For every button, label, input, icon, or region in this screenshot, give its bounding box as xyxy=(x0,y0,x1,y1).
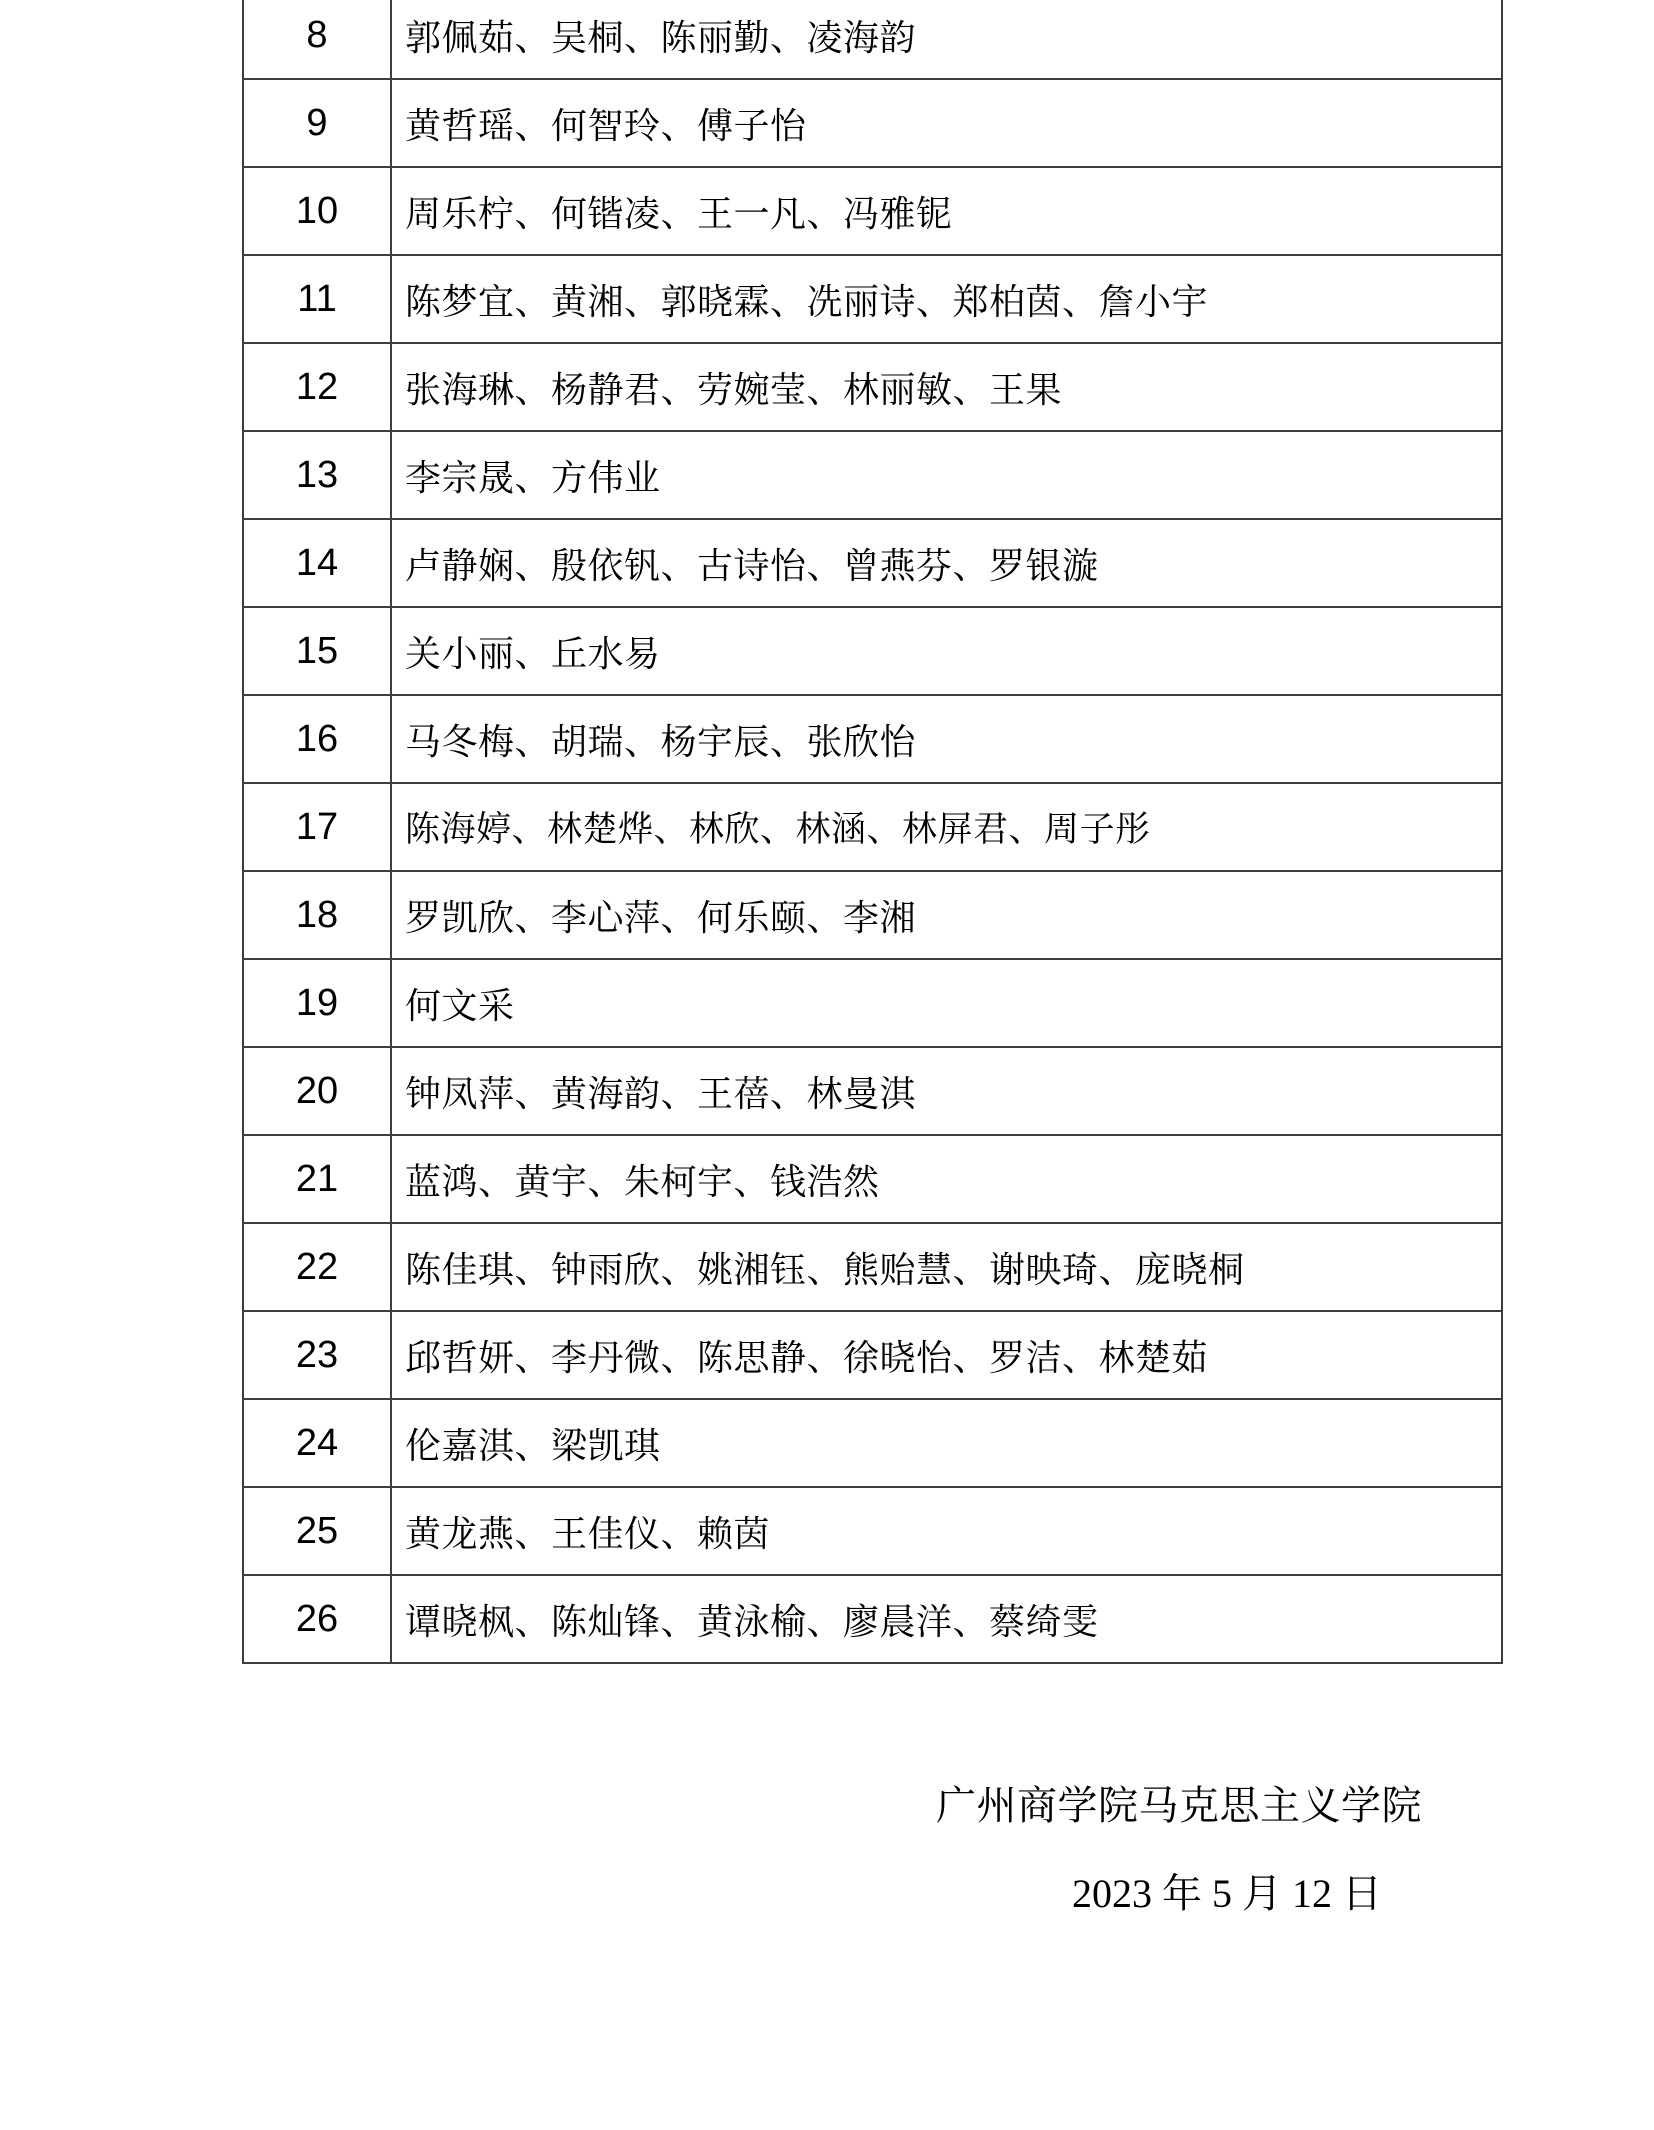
row-names: 卢静娴、殷依钒、古诗怡、曾燕芬、罗银漩 xyxy=(391,519,1502,607)
table-row: 20钟凤萍、黄海韵、王蓓、林曼淇 xyxy=(243,1047,1502,1135)
row-names: 陈佳琪、钟雨欣、姚湘钰、熊贻慧、谢映琦、庞晓桐 xyxy=(391,1223,1502,1311)
table-row: 19何文采 xyxy=(243,959,1502,1047)
footer-date: 2023 年 5 月 12 日 xyxy=(1072,1862,1382,1919)
row-number: 18 xyxy=(243,871,391,959)
row-number: 25 xyxy=(243,1487,391,1575)
row-number: 8 xyxy=(243,0,391,79)
row-number: 24 xyxy=(243,1399,391,1487)
row-number: 12 xyxy=(243,343,391,431)
row-number: 17 xyxy=(243,783,391,871)
table-row: 24伦嘉淇、梁凯琪 xyxy=(243,1399,1502,1487)
footer-organization: 广州商学院马克思主义学院 xyxy=(936,1774,1422,1831)
table-row: 16马冬梅、胡瑞、杨宇辰、张欣怡 xyxy=(243,695,1502,783)
row-number: 15 xyxy=(243,607,391,695)
document-page: 8郭佩茹、吴桐、陈丽勤、凌海韵9黄哲瑶、何智玲、傅子怡10周乐柠、何锴凌、王一凡… xyxy=(0,0,1654,2130)
row-names: 陈梦宜、黄湘、郭晓霖、冼丽诗、郑柏茵、詹小宇 xyxy=(391,255,1502,343)
table-row: 9黄哲瑶、何智玲、傅子怡 xyxy=(243,79,1502,167)
row-number: 10 xyxy=(243,167,391,255)
row-names: 周乐柠、何锴凌、王一凡、冯雅铌 xyxy=(391,167,1502,255)
table-row: 14卢静娴、殷依钒、古诗怡、曾燕芬、罗银漩 xyxy=(243,519,1502,607)
row-names: 关小丽、丘水易 xyxy=(391,607,1502,695)
row-names: 钟凤萍、黄海韵、王蓓、林曼淇 xyxy=(391,1047,1502,1135)
table-row: 26谭晓枫、陈灿锋、黄泳榆、廖晨洋、蔡绮雯 xyxy=(243,1575,1502,1663)
table-row: 23邱哲妍、李丹微、陈思静、徐晓怡、罗洁、林楚茹 xyxy=(243,1311,1502,1399)
row-number: 11 xyxy=(243,255,391,343)
table-row: 25黄龙燕、王佳仪、赖茵 xyxy=(243,1487,1502,1575)
table-row: 15关小丽、丘水易 xyxy=(243,607,1502,695)
table-row: 8郭佩茹、吴桐、陈丽勤、凌海韵 xyxy=(243,0,1502,79)
row-number: 21 xyxy=(243,1135,391,1223)
row-names: 罗凯欣、李心萍、何乐颐、李湘 xyxy=(391,871,1502,959)
row-names: 谭晓枫、陈灿锋、黄泳榆、廖晨洋、蔡绮雯 xyxy=(391,1575,1502,1663)
row-number: 16 xyxy=(243,695,391,783)
row-names: 李宗晟、方伟业 xyxy=(391,431,1502,519)
row-number: 26 xyxy=(243,1575,391,1663)
table-row: 11陈梦宜、黄湘、郭晓霖、冼丽诗、郑柏茵、詹小宇 xyxy=(243,255,1502,343)
row-names: 伦嘉淇、梁凯琪 xyxy=(391,1399,1502,1487)
row-names: 马冬梅、胡瑞、杨宇辰、张欣怡 xyxy=(391,695,1502,783)
table-row: 12张海琳、杨静君、劳婉莹、林丽敏、王果 xyxy=(243,343,1502,431)
table-row: 17陈海婷、林楚烨、林欣、林涵、林屏君、周子彤 xyxy=(243,783,1502,871)
row-names: 张海琳、杨静君、劳婉莹、林丽敏、王果 xyxy=(391,343,1502,431)
row-number: 20 xyxy=(243,1047,391,1135)
row-names: 陈海婷、林楚烨、林欣、林涵、林屏君、周子彤 xyxy=(391,783,1502,871)
row-names: 蓝鸿、黄宇、朱柯宇、钱浩然 xyxy=(391,1135,1502,1223)
row-names: 郭佩茹、吴桐、陈丽勤、凌海韵 xyxy=(391,0,1502,79)
table-row: 13李宗晟、方伟业 xyxy=(243,431,1502,519)
row-names: 黄龙燕、王佳仪、赖茵 xyxy=(391,1487,1502,1575)
row-number: 22 xyxy=(243,1223,391,1311)
table-row: 10周乐柠、何锴凌、王一凡、冯雅铌 xyxy=(243,167,1502,255)
row-number: 19 xyxy=(243,959,391,1047)
table-row: 21蓝鸿、黄宇、朱柯宇、钱浩然 xyxy=(243,1135,1502,1223)
row-number: 23 xyxy=(243,1311,391,1399)
row-number: 13 xyxy=(243,431,391,519)
row-names: 何文采 xyxy=(391,959,1502,1047)
roster-table: 8郭佩茹、吴桐、陈丽勤、凌海韵9黄哲瑶、何智玲、傅子怡10周乐柠、何锴凌、王一凡… xyxy=(242,0,1503,1664)
row-number: 14 xyxy=(243,519,391,607)
row-names: 黄哲瑶、何智玲、傅子怡 xyxy=(391,79,1502,167)
table-row: 18罗凯欣、李心萍、何乐颐、李湘 xyxy=(243,871,1502,959)
table-row: 22陈佳琪、钟雨欣、姚湘钰、熊贻慧、谢映琦、庞晓桐 xyxy=(243,1223,1502,1311)
row-number: 9 xyxy=(243,79,391,167)
row-names: 邱哲妍、李丹微、陈思静、徐晓怡、罗洁、林楚茹 xyxy=(391,1311,1502,1399)
table-body: 8郭佩茹、吴桐、陈丽勤、凌海韵9黄哲瑶、何智玲、傅子怡10周乐柠、何锴凌、王一凡… xyxy=(243,0,1502,1663)
